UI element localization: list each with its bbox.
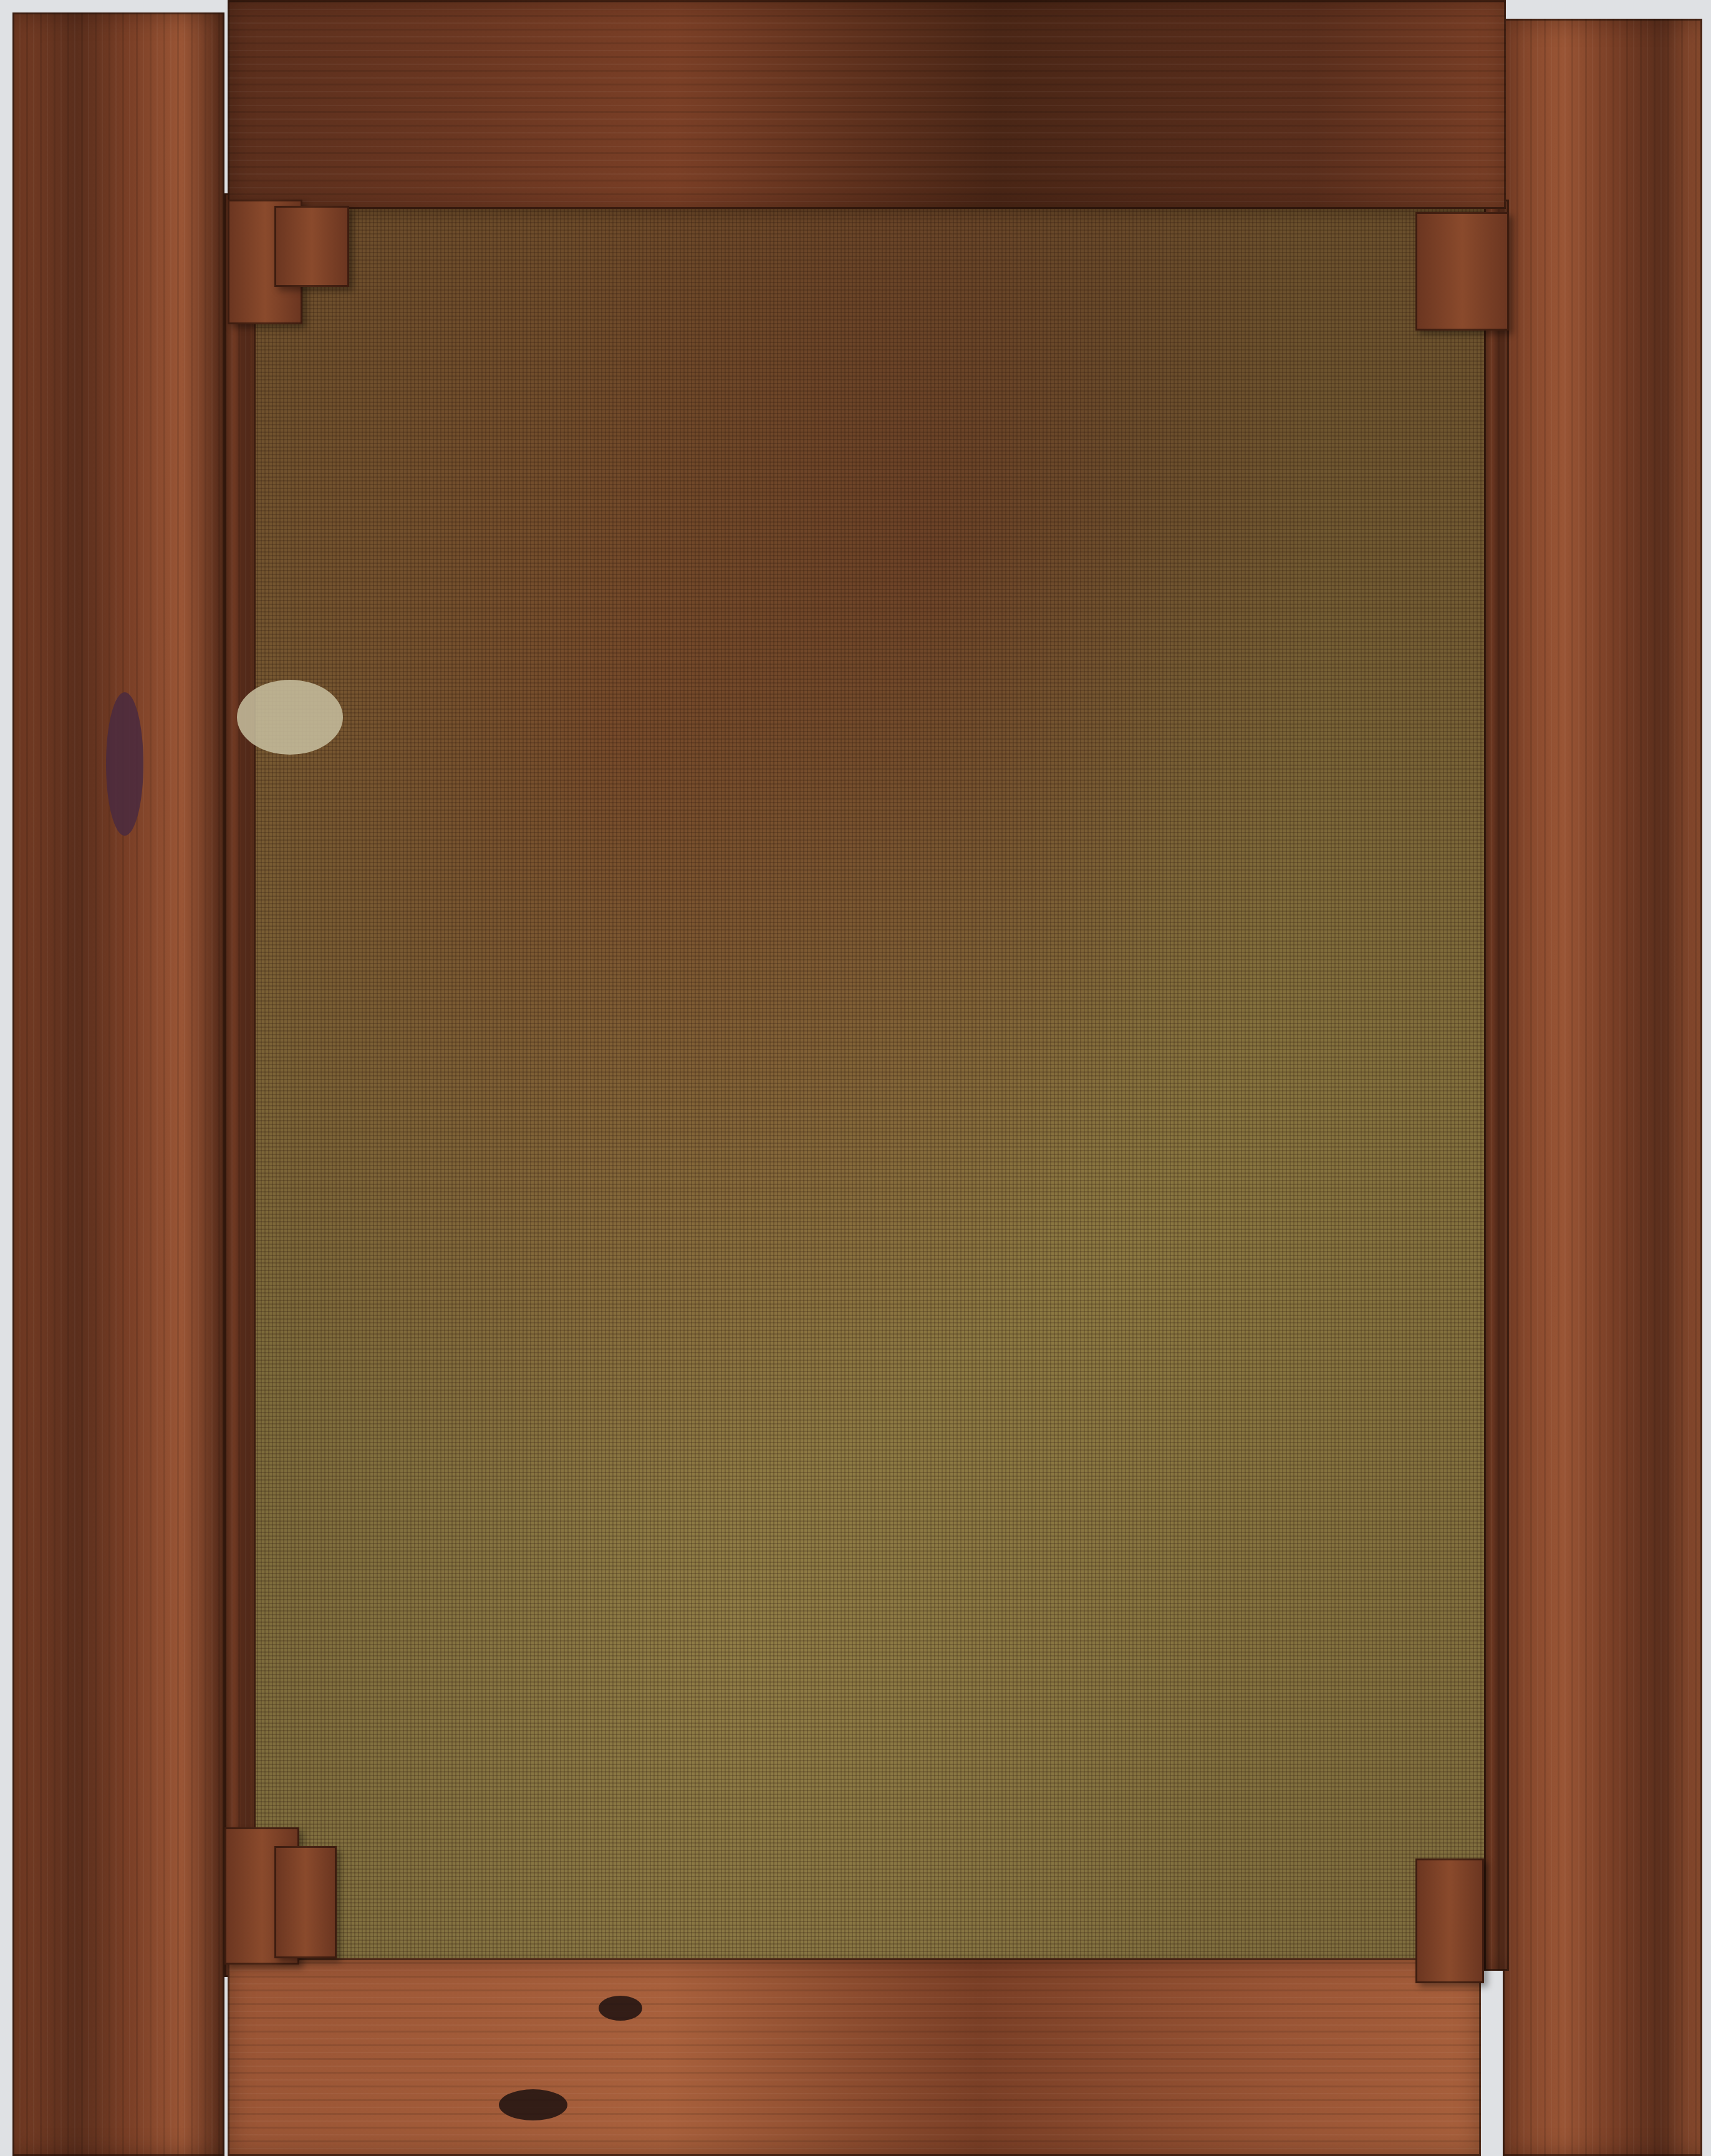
corner-key-wedge (274, 206, 349, 287)
stain-mark (106, 692, 143, 836)
stain-mark (237, 680, 343, 755)
photo-scene (0, 0, 1711, 2156)
corner-key-wedge (1415, 212, 1509, 331)
corner-key-wedge (1415, 1859, 1484, 1983)
frame-left-rail (12, 12, 224, 2156)
stretcher-bottom-bar (228, 1958, 1481, 2156)
corner-key-wedge (274, 1846, 337, 1958)
stretcher-right-bar (1484, 200, 1509, 1971)
frame-right-rail (1503, 19, 1702, 2156)
stretcher-top-bar (228, 0, 1506, 209)
stain-mark (499, 2089, 567, 2120)
canvas-back (231, 206, 1503, 1971)
stretcher-left-bar (224, 193, 256, 1977)
stain-mark (599, 1996, 642, 2021)
